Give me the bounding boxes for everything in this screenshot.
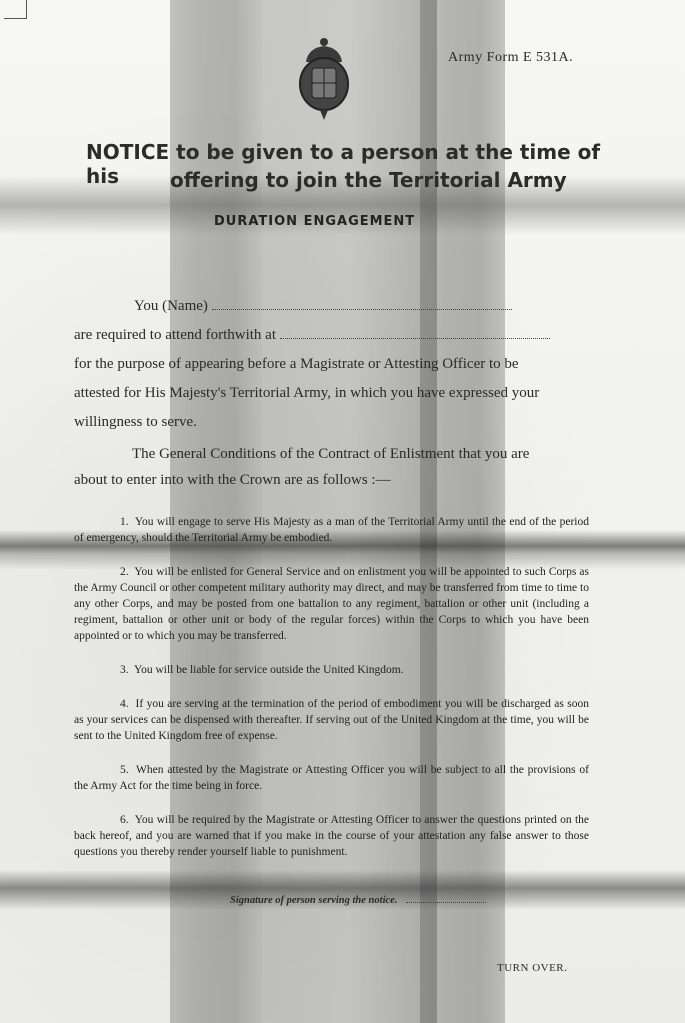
conditions-list: 1. You will engage to serve His Majesty … bbox=[74, 514, 589, 878]
clause-1: 1. You will engage to serve His Majesty … bbox=[74, 514, 589, 546]
scanned-document-page: Army Form E 531A. NOTICE to be given to … bbox=[0, 0, 685, 1023]
turn-over-label: TURN OVER. bbox=[497, 962, 567, 974]
signature-label: Signature of person serving the notice. bbox=[230, 895, 397, 906]
general-conditions-line1: The General Conditions of the Contract o… bbox=[74, 440, 588, 469]
required-label: are required to attend forthwith at bbox=[74, 327, 276, 343]
location-field[interactable] bbox=[280, 338, 550, 339]
general-conditions-line2: about to enter into with the Crown are a… bbox=[74, 466, 588, 495]
clause-3: 3. You will be liable for service outsid… bbox=[74, 662, 589, 678]
form-number: Army Form E 531A. bbox=[448, 50, 573, 66]
intro-you-name: You (Name) bbox=[74, 292, 588, 321]
signature-line: Signature of person serving the notice. bbox=[230, 895, 486, 906]
intro-willingness: willingness to serve. bbox=[74, 408, 588, 437]
corner-mark bbox=[4, 0, 27, 19]
you-name-label: You (Name) bbox=[134, 298, 208, 314]
signature-field[interactable] bbox=[406, 902, 486, 903]
intro-required: are required to attend forthwith at bbox=[74, 321, 588, 350]
intro-attested: attested for His Majesty's Territorial A… bbox=[74, 379, 588, 408]
clause-4: 4. If you are serving at the termination… bbox=[74, 696, 589, 744]
royal-crest-icon bbox=[296, 36, 352, 122]
notice-title-line2: offering to join the Territorial Army bbox=[170, 168, 567, 192]
engagement-subtitle: DURATION ENGAGEMENT bbox=[214, 214, 415, 229]
clause-6: 6. You will be required by the Magistrat… bbox=[74, 812, 589, 860]
clause-2: 2. You will be enlisted for General Serv… bbox=[74, 564, 589, 644]
name-field[interactable] bbox=[212, 309, 512, 310]
clause-5: 5. When attested by the Magistrate or At… bbox=[74, 762, 589, 794]
intro-purpose: for the purpose of appearing before a Ma… bbox=[74, 350, 588, 379]
